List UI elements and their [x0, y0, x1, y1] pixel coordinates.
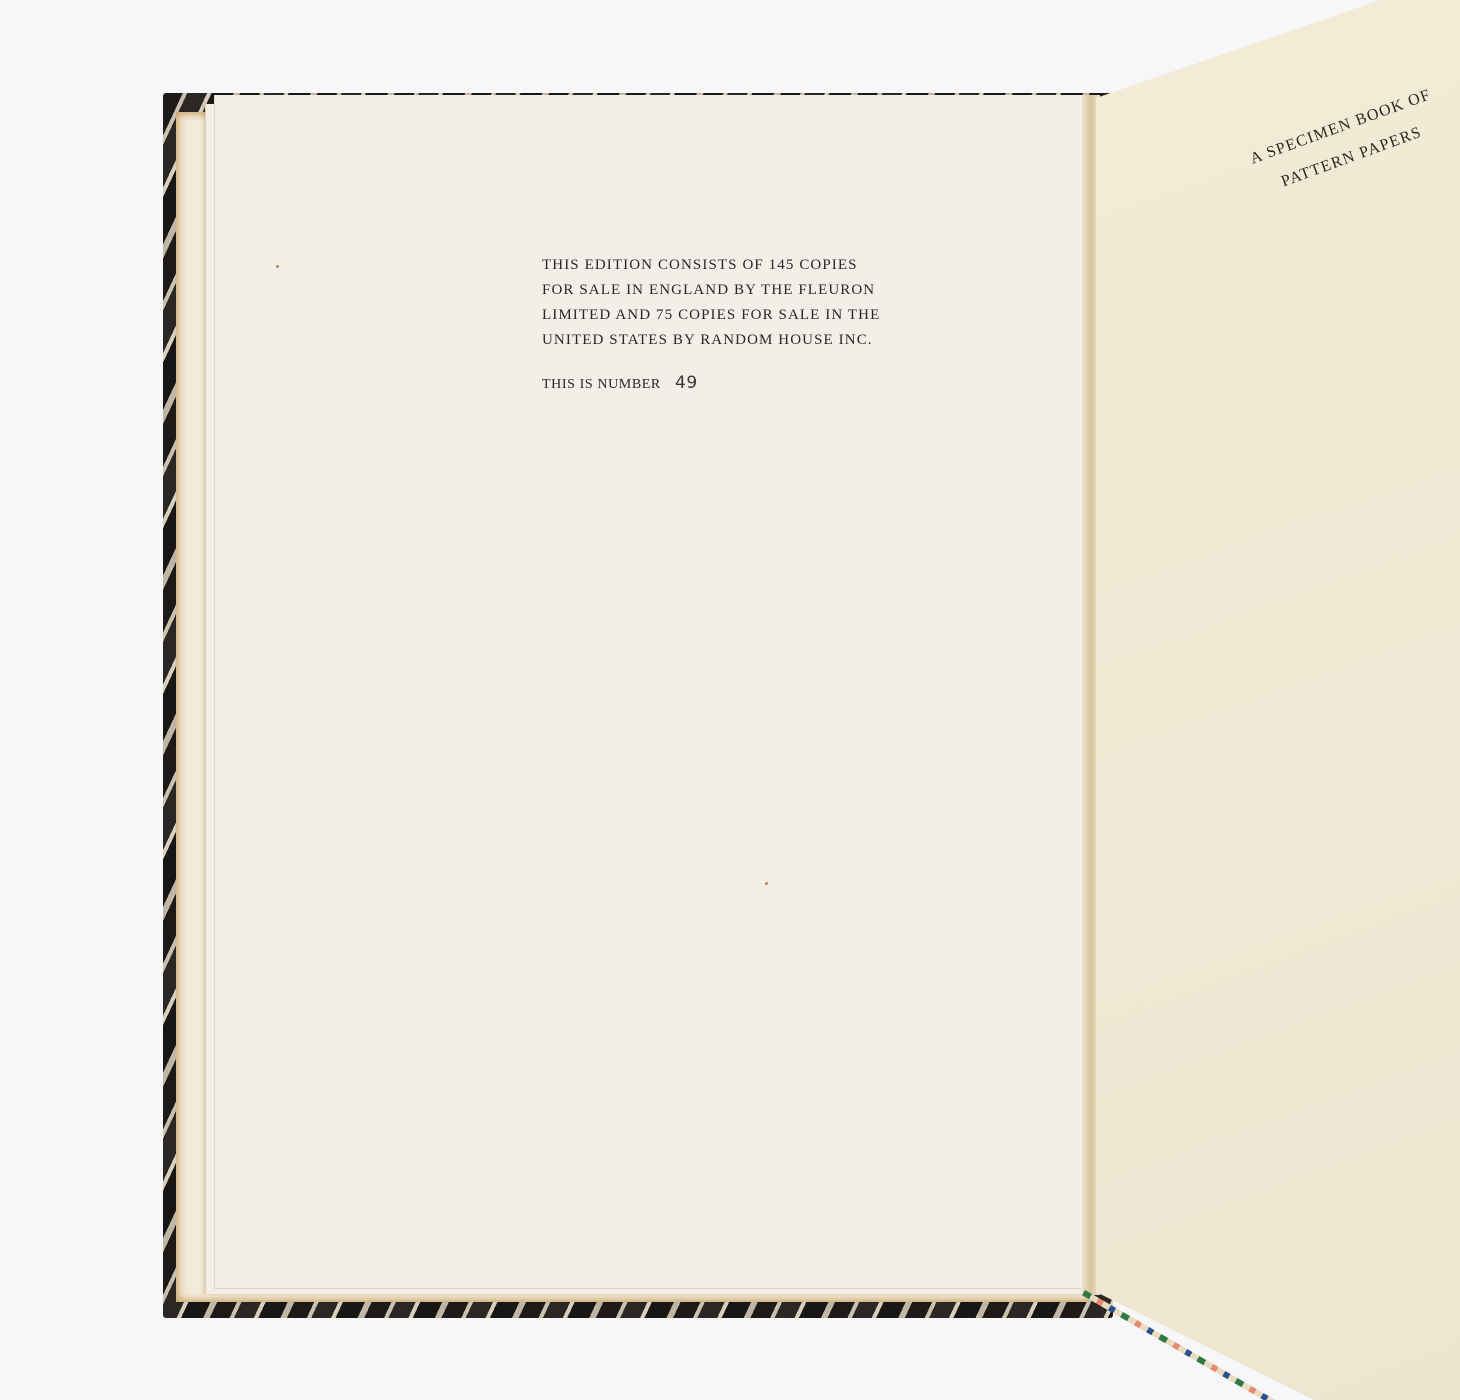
colophon-line: LIMITED AND 75 COPIES FOR SALE IN THE	[542, 303, 922, 328]
copy-number-row: THIS IS NUMBER 49	[542, 371, 922, 397]
title-page	[1096, 0, 1460, 1400]
colophon-line: FOR SALE IN ENGLAND BY THE FLEURON	[542, 278, 922, 303]
paper-speck	[276, 265, 279, 268]
copy-number-handwritten: 49	[675, 373, 698, 393]
copy-number-label: THIS IS NUMBER	[542, 377, 661, 392]
paper-speck	[765, 882, 768, 885]
colophon-line: THIS EDITION CONSISTS OF 145 COPIES	[542, 253, 922, 278]
colophon-line: UNITED STATES BY RANDOM HOUSE INC.	[542, 328, 922, 353]
limitation-statement: THIS EDITION CONSISTS OF 145 COPIES FOR …	[542, 253, 922, 397]
